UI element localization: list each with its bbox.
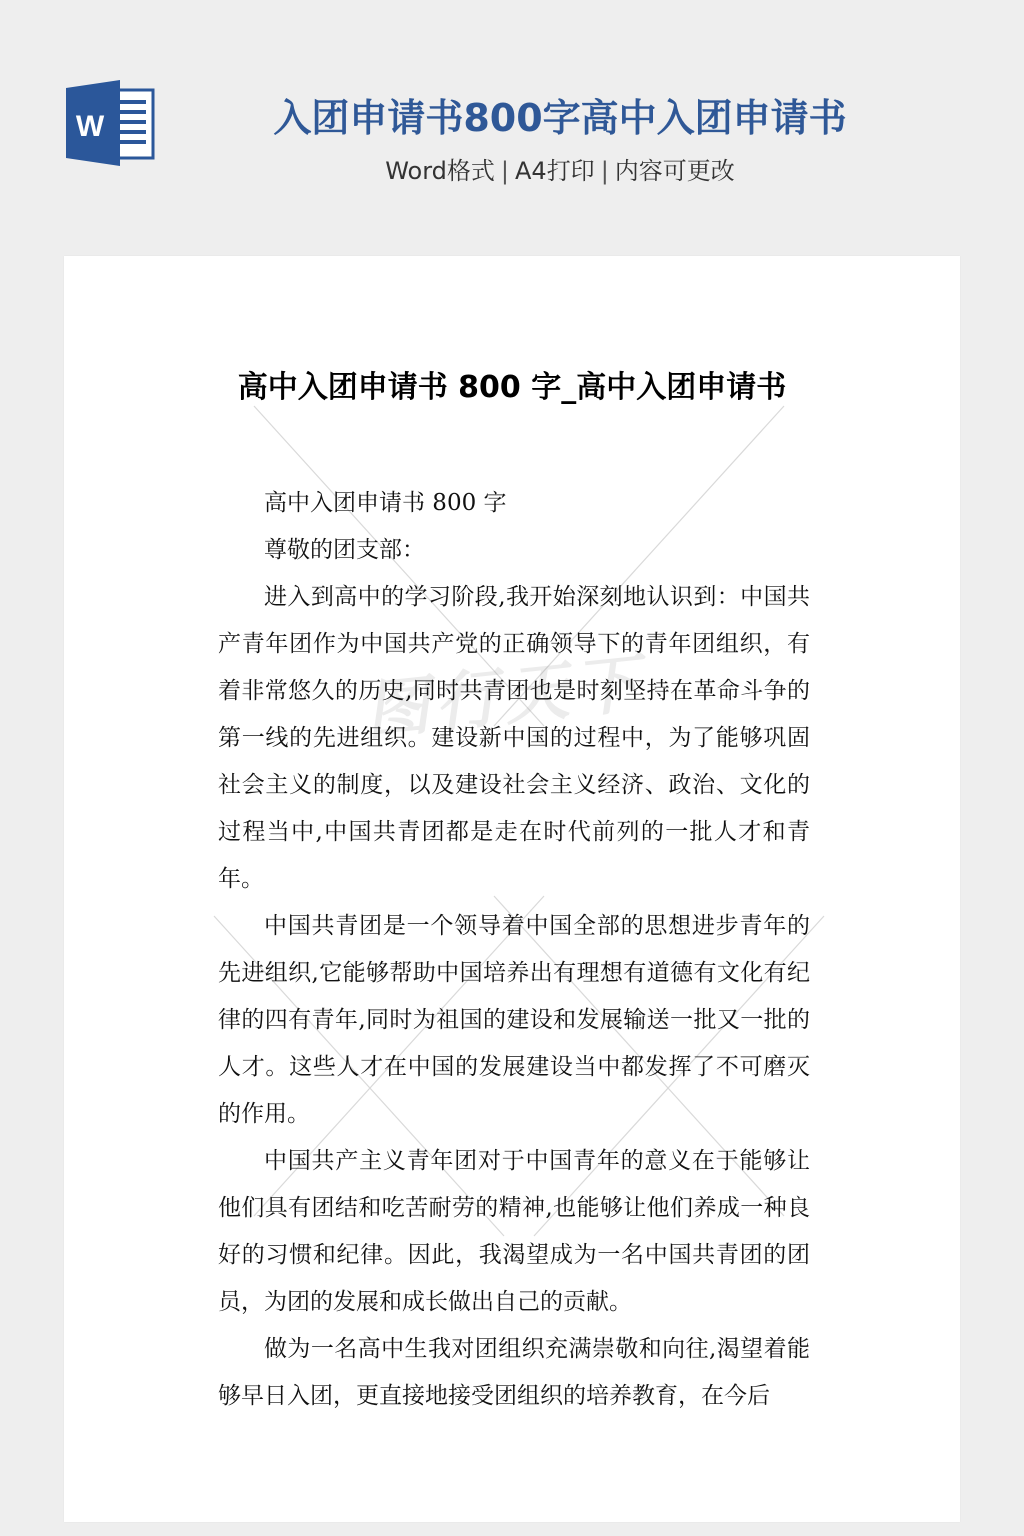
- paragraph: 中国共产主义青年团对于中国青年的意义在于能够让他们具有团结和吃苦耐劳的精神,也能…: [218, 1138, 810, 1326]
- document-page: 图行天下 高中入团申请书 800 字_高中入团申请书 高中入团申请书 800 字…: [64, 256, 960, 1522]
- editable-label: 内容可更改: [615, 157, 735, 185]
- header-title: 入团申请书800字高中入团申请书: [200, 92, 920, 144]
- header: W 入团申请书800字高中入团申请书 Word格式|A4打印|内容可更改: [0, 0, 1024, 256]
- print-label: A4打印: [515, 157, 595, 185]
- header-subtitle: Word格式|A4打印|内容可更改: [200, 154, 920, 188]
- paragraph-subtitle: 高中入团申请书 800 字: [218, 480, 810, 527]
- paragraph: 进入到高中的学习阶段,我开始深刻地认识到：中国共产青年团作为中国共产党的正确领导…: [218, 574, 810, 903]
- paragraph: 做为一名高中生我对团组织充满崇敬和向往,渴望着能够早日入团，更直接地接受团组织的…: [218, 1326, 810, 1420]
- word-document-icon: W: [64, 80, 156, 166]
- document-title: 高中入团申请书 800 字_高中入团申请书: [64, 366, 960, 410]
- document-body: 高中入团申请书 800 字 尊敬的团支部： 进入到高中的学习阶段,我开始深刻地认…: [218, 480, 810, 1420]
- format-label: Word格式: [385, 157, 495, 185]
- paragraph: 中国共青团是一个领导着中国全部的思想进步青年的先进组织,它能够帮助中国培养出有理…: [218, 903, 810, 1138]
- separator: |: [501, 157, 509, 185]
- paragraph-salutation: 尊敬的团支部：: [218, 527, 810, 574]
- separator: |: [601, 157, 609, 185]
- svg-text:W: W: [76, 110, 105, 143]
